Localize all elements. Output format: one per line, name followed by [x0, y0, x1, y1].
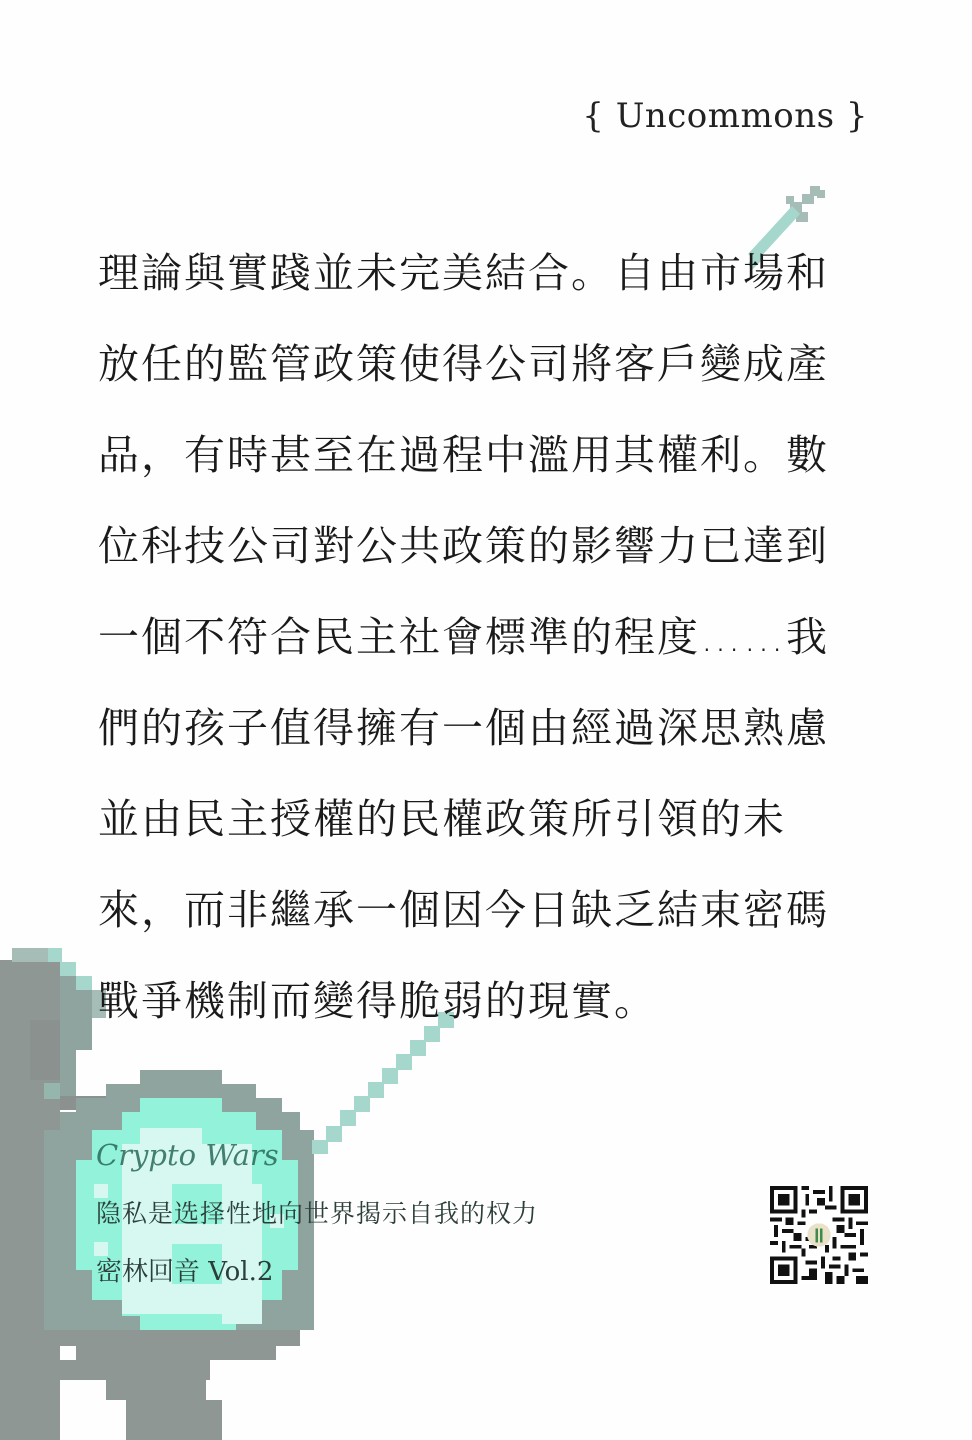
quote-line: 們的孩子值得擁有一個由經過深思熟慮 [98, 683, 878, 774]
quote-line: 並由民主授權的民權政策所引領的未 [98, 774, 878, 865]
quote-line: 放任的監管政策使得公司將客戶變成產 [98, 319, 878, 410]
quote-line: 來，而非繼承一個因今日缺乏結束密碼 [98, 865, 878, 956]
volume-label: 密林回音 Vol.2 [96, 1252, 538, 1292]
brand-title: { Uncommons } [582, 96, 868, 136]
footer-info: Crypto Wars 隐私是选择性地向世界揭示自我的权力 密林回音 Vol.2 [96, 1132, 538, 1292]
series-title: Crypto Wars [96, 1132, 538, 1178]
quote-line: 戰爭機制而變得脆弱的現實。 [98, 956, 878, 1047]
quote-line: 品，有時甚至在過程中濫用其權利。數 [98, 410, 878, 501]
qr-code[interactable] [768, 1186, 870, 1284]
series-subtitle: 隐私是选择性地向世界揭示自我的权力 [96, 1194, 538, 1234]
quote-line: 理論與實踐並未完美結合。自由市場和 [98, 228, 878, 319]
quote-body: 理論與實踐並未完美結合。自由市場和 放任的監管政策使得公司將客戶變成產 品，有時… [98, 228, 878, 1047]
quote-line: 一個不符合民主社會標準的程度……我 [98, 592, 878, 683]
quote-line: 位科技公司對公共政策的影響力已達到 [98, 501, 878, 592]
